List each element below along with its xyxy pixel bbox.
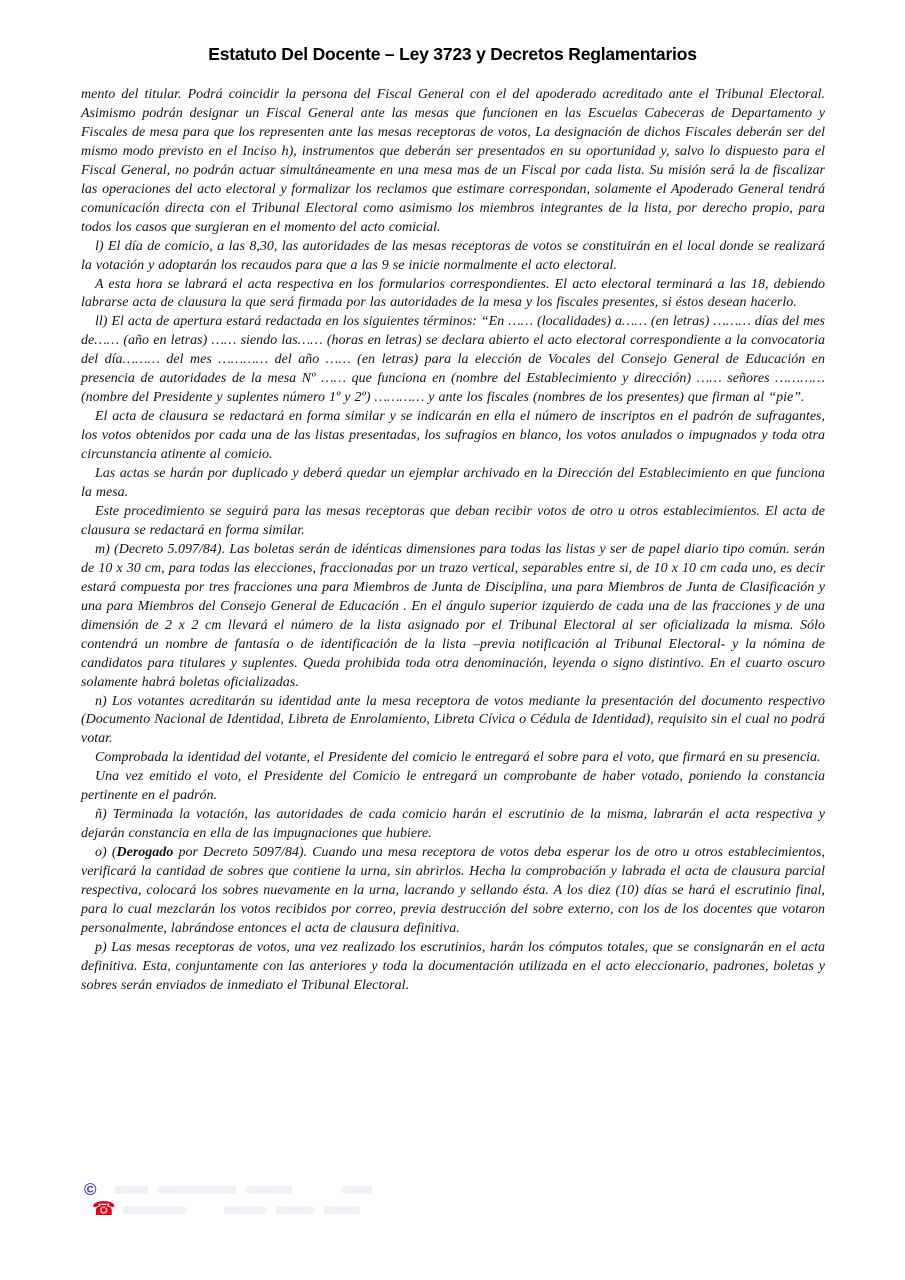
paragraph: ñ) Terminada la votación, las autoridade… xyxy=(81,806,825,844)
document-page: { "page": { "title": "Estatuto Del Docen… xyxy=(0,0,905,1280)
faint-word xyxy=(246,1186,292,1194)
paragraph: l) El día de comicio, a las 8,30, las au… xyxy=(81,238,825,276)
faint-word xyxy=(276,1206,314,1214)
footer-copyright-line: © xyxy=(84,1180,584,1200)
paragraph: p) Las mesas receptoras de votos, una ve… xyxy=(81,939,825,996)
faint-word xyxy=(324,1206,360,1214)
paragraph: Las actas se harán por duplicado y deber… xyxy=(81,465,825,503)
paragraph: m) (Decreto 5.097/84). Las boletas serán… xyxy=(81,541,825,693)
footer-phone-line: ☎ xyxy=(84,1200,584,1220)
paragraph: mento del titular. Podrá coincidir la pe… xyxy=(81,86,825,238)
faint-text-line-1 xyxy=(114,1186,372,1194)
faint-word xyxy=(122,1206,186,1214)
document-body: mento del titular. Podrá coincidir la pe… xyxy=(81,86,825,996)
faint-text-line-2 xyxy=(122,1206,360,1214)
paragraph: o) (Derogado por Decreto 5097/84). Cuand… xyxy=(81,844,825,939)
faint-word xyxy=(224,1206,266,1214)
copyright-icon: © xyxy=(84,1181,114,1199)
paragraph: Este procedimiento se seguirá para las m… xyxy=(81,503,825,541)
page-title: Estatuto Del Docente – Ley 3723 y Decret… xyxy=(0,44,905,65)
page-footer: © ☎ xyxy=(84,1180,584,1220)
faint-word xyxy=(114,1186,148,1194)
faint-word xyxy=(342,1186,372,1194)
paragraph: n) Los votantes acreditarán su identidad… xyxy=(81,693,825,750)
faint-word xyxy=(158,1186,236,1194)
paragraph: Una vez emitido el voto, el Presidente d… xyxy=(81,768,825,806)
paragraph: A esta hora se labrará el acta respectiv… xyxy=(81,276,825,314)
paragraph: ll) El acta de apertura estará redactada… xyxy=(81,313,825,408)
paragraph: El acta de clausura se redactará en form… xyxy=(81,408,825,465)
phone-icon: ☎ xyxy=(84,1201,122,1219)
paragraph: Comprobada la identidad del votante, el … xyxy=(81,749,825,768)
